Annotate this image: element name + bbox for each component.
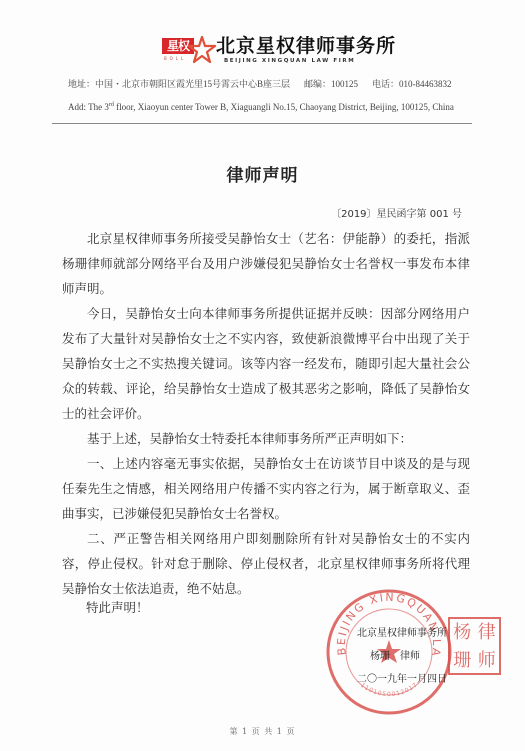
address-phone: 电话：010-84463832 — [372, 79, 452, 89]
address-cn: 地址：中国・北京市朝阳区霞光里15号霄云中心B座三层邮编：100125电话：01… — [68, 77, 488, 90]
closing-line: 特此声明！ — [86, 598, 149, 616]
paragraph-intro: 北京星权律师事务所接受吴静怡女士（艺名：伊能静）的委托，指派杨珊律师就部分网络平… — [62, 226, 470, 301]
paragraph-statement-lead: 基于上述，吴静怡女士特委托本律师事务所严正声明如下： — [62, 426, 470, 451]
address-en: Add: The 3rd floor, Xiaoyun center Tower… — [68, 102, 488, 112]
star-icon — [188, 36, 216, 64]
paragraph-facts: 今日，吴静怡女士向本律师事务所提供证据并反映：因部分网络用户发布了大量针对吴静怡… — [62, 301, 470, 426]
firm-name-cn: 北京星权律师事务所 — [216, 36, 396, 56]
address-cn-street: 地址：中国・北京市朝阳区霞光里15号霄云中心B座三层 — [68, 79, 290, 89]
stamp-char: 杨 — [450, 619, 475, 647]
firm-name-en: BEIJING XINGQUAN LAW FIRM — [224, 58, 396, 64]
document-title: 律师声明 — [0, 161, 525, 186]
firm-names: 北京星权律师事务所 BEIJING XINGQUAN LAW FIRM — [216, 36, 396, 64]
page-footer: 第 1 页 共 1 页 — [0, 726, 525, 737]
stamp-char: 师 — [475, 647, 500, 675]
header-divider — [52, 123, 472, 124]
stamp-char: 律 — [475, 619, 500, 647]
address-en-prefix: Add: The 3 — [68, 102, 109, 112]
address-en-rest: floor, Xiaoyun center Tower B, Xiaguangl… — [114, 102, 454, 112]
document-number: 〔2019〕星民函字第 001 号 — [331, 205, 462, 220]
address-postcode: 邮编：100125 — [304, 79, 358, 89]
document-page: 星权 BOLL 北京星权律师事务所 BEIJING XINGQUAN LAW F… — [0, 0, 525, 751]
document-body: 北京星权律师事务所接受吴静怡女士（艺名：伊能静）的委托，指派杨珊律师就部分网络平… — [62, 226, 470, 601]
firm-logo: 星权 BOLL — [162, 34, 212, 66]
paragraph-point-1: 一、上述内容毫无事实依据，吴静怡女士在访谈节目中谈及的是与现任秦先生之情感，相关… — [62, 451, 470, 526]
stamp-char: 珊 — [450, 647, 475, 675]
logo-subtext: BOLL — [164, 56, 186, 61]
letterhead: 星权 BOLL 北京星权律师事务所 BEIJING XINGQUAN LAW F… — [162, 33, 396, 67]
lawyer-name-stamp: 杨 律 珊 师 — [448, 617, 501, 675]
